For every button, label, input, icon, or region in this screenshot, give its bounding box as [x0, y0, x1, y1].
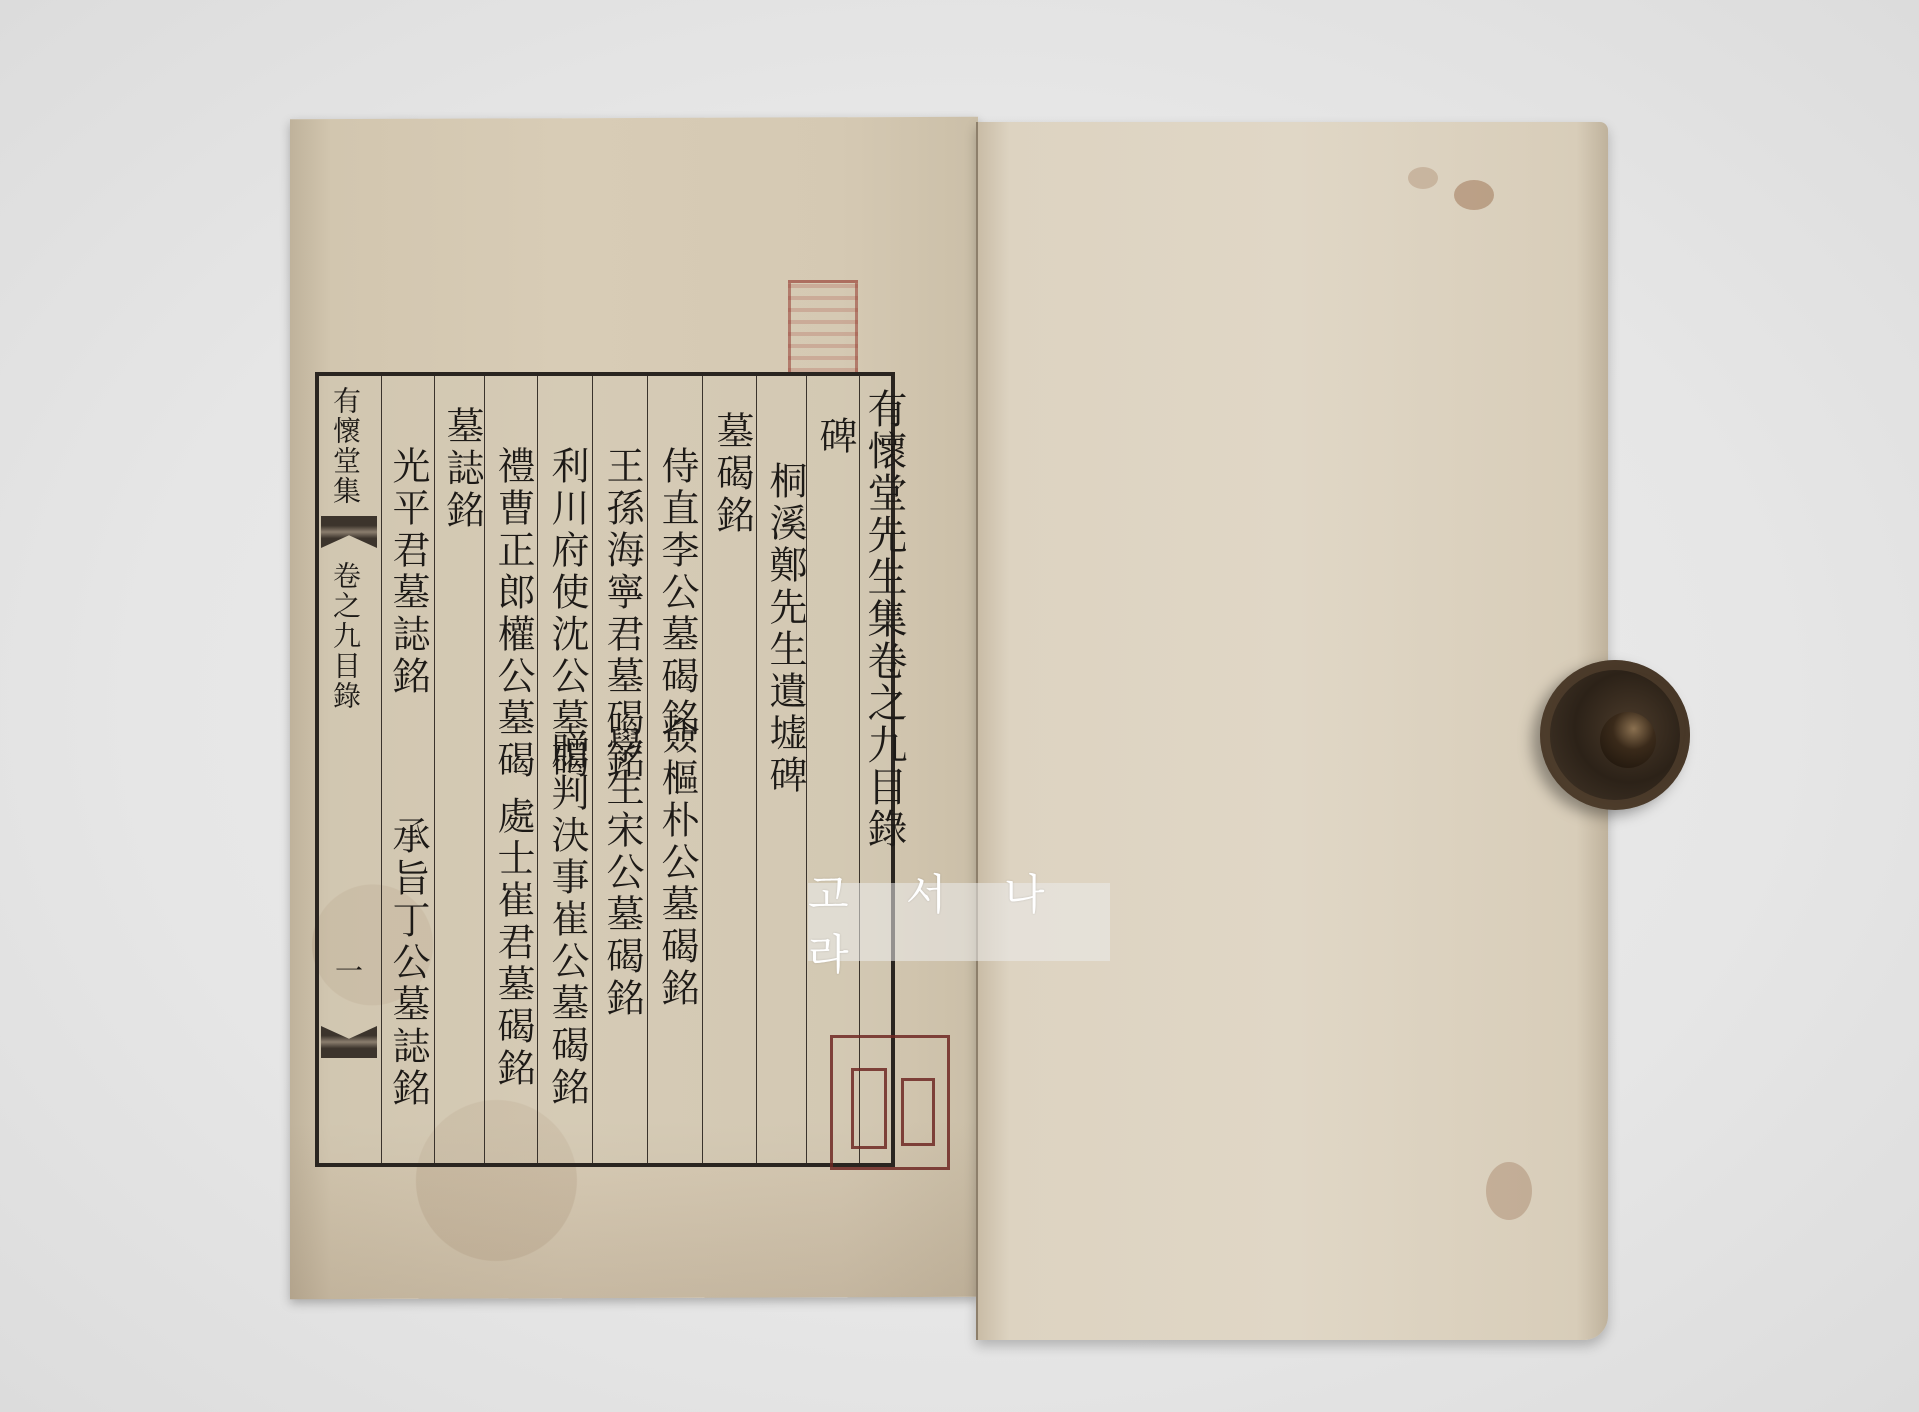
seal-glyph-stroke: [901, 1078, 935, 1146]
fishtail-mark-lower: [321, 1026, 377, 1058]
column-divider: [756, 376, 757, 1163]
page-number: 一: [333, 956, 361, 986]
lower-seal: [830, 1035, 950, 1170]
volume-title: 有懷堂先生集卷之九目錄: [864, 388, 904, 850]
right-page-blank: [976, 122, 1608, 1340]
section-heading: 碑: [816, 416, 854, 458]
toc-entry: 光平君墓誌銘: [389, 446, 427, 698]
weight-knob: [1600, 712, 1656, 768]
column-divider: [647, 376, 648, 1163]
plate-center-upper: 有懷堂集: [331, 386, 359, 506]
toc-entry: 贈判決事崔公墓碣銘: [548, 731, 586, 1109]
column-divider: [702, 376, 703, 1163]
watermark-label: 고 서 나 라: [808, 883, 1110, 961]
brass-weight: [1540, 660, 1690, 810]
column-divider: [381, 376, 382, 1163]
upper-seal: [788, 280, 858, 375]
toc-entry: 桐溪鄭先生遺墟碑: [766, 461, 804, 797]
open-book-photo: 有懷堂集 卷之九目錄 一 光平君墓誌銘 承旨丁公墓誌銘 墓誌銘 禮曹正郎權公墓碣…: [0, 0, 1919, 1412]
toc-entry: 承旨丁公墓誌銘: [389, 816, 427, 1110]
toc-entry: 禮曹正郎權公墓碣: [494, 446, 532, 782]
seal-glyph-stroke: [851, 1068, 887, 1149]
column-divider: [434, 376, 435, 1163]
plate-center-lower: 卷之九目錄: [331, 561, 359, 711]
stain: [1454, 180, 1494, 210]
toc-entry: 僉樞朴公墓碣銘: [658, 716, 696, 1010]
stain: [1408, 167, 1438, 189]
printed-table-of-contents-frame: 有懷堂集 卷之九目錄 一 光平君墓誌銘 承旨丁公墓誌銘 墓誌銘 禮曹正郎權公墓碣…: [315, 372, 895, 1167]
section-heading: 墓碣銘: [713, 411, 751, 537]
fishtail-mark-upper: [321, 516, 377, 548]
column-divider: [484, 376, 485, 1163]
section-heading: 墓誌銘: [443, 406, 481, 532]
toc-entry: 侍直李公墓碣銘: [658, 446, 696, 740]
toc-entry: 學生宋公墓碣銘: [603, 726, 641, 1020]
column-divider: [592, 376, 593, 1163]
toc-entry: 處士崔君墓碣銘: [494, 796, 532, 1090]
stain: [1486, 1162, 1532, 1220]
column-divider: [537, 376, 538, 1163]
